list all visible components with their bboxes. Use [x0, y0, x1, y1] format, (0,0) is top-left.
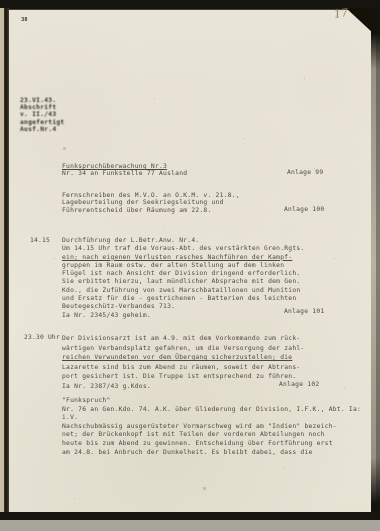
typed-line: Abschrift: [20, 104, 64, 111]
scan-edge-left-shadow: [4, 8, 9, 519]
annex-ref-102: Anlage 102: [279, 381, 319, 388]
scan-edge-top: [0, 0, 380, 10]
typed-line: heute bis zum Abend zu gewinnen. Entsche…: [62, 440, 361, 449]
radio-message-block: "Funkspruch"Nr. 76 an Gen.Kdo. 74. A.K. …: [62, 397, 361, 457]
intro-block: Fernschreiben des M.V.O. an O.K.M. v. 21…: [62, 192, 240, 214]
typed-line: Nachschubmässig ausgerüsteter Vormarschw…: [62, 423, 361, 432]
entry2-time-label: 23.30 Uhr: [24, 334, 60, 341]
typed-line: Ia Nr. 2387/43 g.Kdos.: [62, 382, 304, 392]
typed-line: Fernschreiben des M.V.O. an O.K.M. v. 21…: [62, 192, 240, 199]
typed-line: i.V.: [62, 414, 361, 423]
typed-line: reichen Verwundeten vor dem Übergang sic…: [62, 353, 304, 363]
entry1-text-block: Durchführung der L.Betr.Anw. Nr.4.Um 14.…: [62, 237, 304, 320]
typed-line: wärtigen Verbandsplatz gefahren, um die …: [62, 344, 304, 354]
typed-line: Sie erbittet hierzu, laut mündlicher Abs…: [62, 278, 304, 286]
typed-line: port gesichert ist. Die Truppe ist entsp…: [62, 372, 304, 382]
handwritten-page-mark: 17: [333, 6, 349, 21]
annex-ref-99: Anlage 99: [287, 169, 323, 176]
typed-line: Lazarette sind bis zum Abend zu räumen, …: [62, 363, 304, 373]
scan-edge-right: [371, 8, 380, 519]
typed-line: Der Divisionsarzt ist am 4.9. mit dem Vo…: [62, 334, 304, 344]
scan-edge-bottom: [0, 512, 380, 520]
typed-line: Um 14.15 Uhr traf die Voraus-Abt. des ve…: [62, 245, 304, 253]
typed-line: Nr. 76 an Gen.Kdo. 74. A.K. über Glieder…: [62, 406, 361, 415]
typed-line: net; der Brückenkopf ist mit Teilen der …: [62, 431, 361, 440]
typed-line: Ausf.Nr.4: [20, 126, 64, 133]
annex-ref-101: Anlage 101: [284, 308, 324, 315]
annex-ref-100: Anlage 100: [284, 206, 324, 213]
corner-fold: [346, 8, 374, 34]
typed-line: gruppen im Raum ostw. der alten Stellung…: [62, 262, 304, 270]
typed-line: Ia Nr. 2345/43 geheim.: [62, 312, 304, 320]
typed-line: angefertigt: [20, 119, 64, 126]
typed-line: Lagebeurteilung der Seekriegsleitung und: [62, 199, 240, 206]
scanned-document-page: 38 17 23.VI.43.Abschriftv. II./43angefer…: [0, 0, 380, 531]
typed-line: v. II./43: [20, 111, 64, 118]
margin-stamp: 23.VI.43.Abschriftv. II./43angefertigtAu…: [20, 97, 64, 133]
typed-line: Flügel ist nach Ansicht der Division dri…: [62, 270, 304, 278]
entry1-time-label: 14.15: [30, 237, 50, 244]
typed-line: Kdo., die Zuführung von zwei Marschbatai…: [62, 287, 304, 295]
typed-line: ein; nach eigenen Verlusten rasches Nach…: [62, 254, 304, 262]
typed-line: Durchführung der L.Betr.Anw. Nr.4.: [62, 237, 304, 245]
page-number: 38: [21, 17, 28, 23]
typed-line: Beutegeschütz-Verbandes 713.: [62, 303, 304, 311]
typed-line: "Funkspruch": [62, 397, 361, 406]
entry2-text-block: Der Divisionsarzt ist am 4.9. mit dem Vo…: [62, 334, 304, 391]
typed-line: und Ersatz für die - gestrichenen - Batt…: [62, 295, 304, 303]
typed-line: Führerentscheid über Räumung am 22.8.: [62, 207, 240, 214]
typed-line: Funkspruchüberwachung Nr.3: [62, 163, 187, 170]
heading-block: Funkspruchüberwachung Nr.3Nr. 34 an Funk…: [62, 163, 187, 177]
typed-line: Nr. 34 an Funkstelle 77 Ausland: [62, 170, 187, 177]
scan-edge-bottom-gray: [0, 520, 380, 531]
typed-line: am 24.8. bei Anbruch der Dunkelheit. Es …: [62, 449, 361, 458]
